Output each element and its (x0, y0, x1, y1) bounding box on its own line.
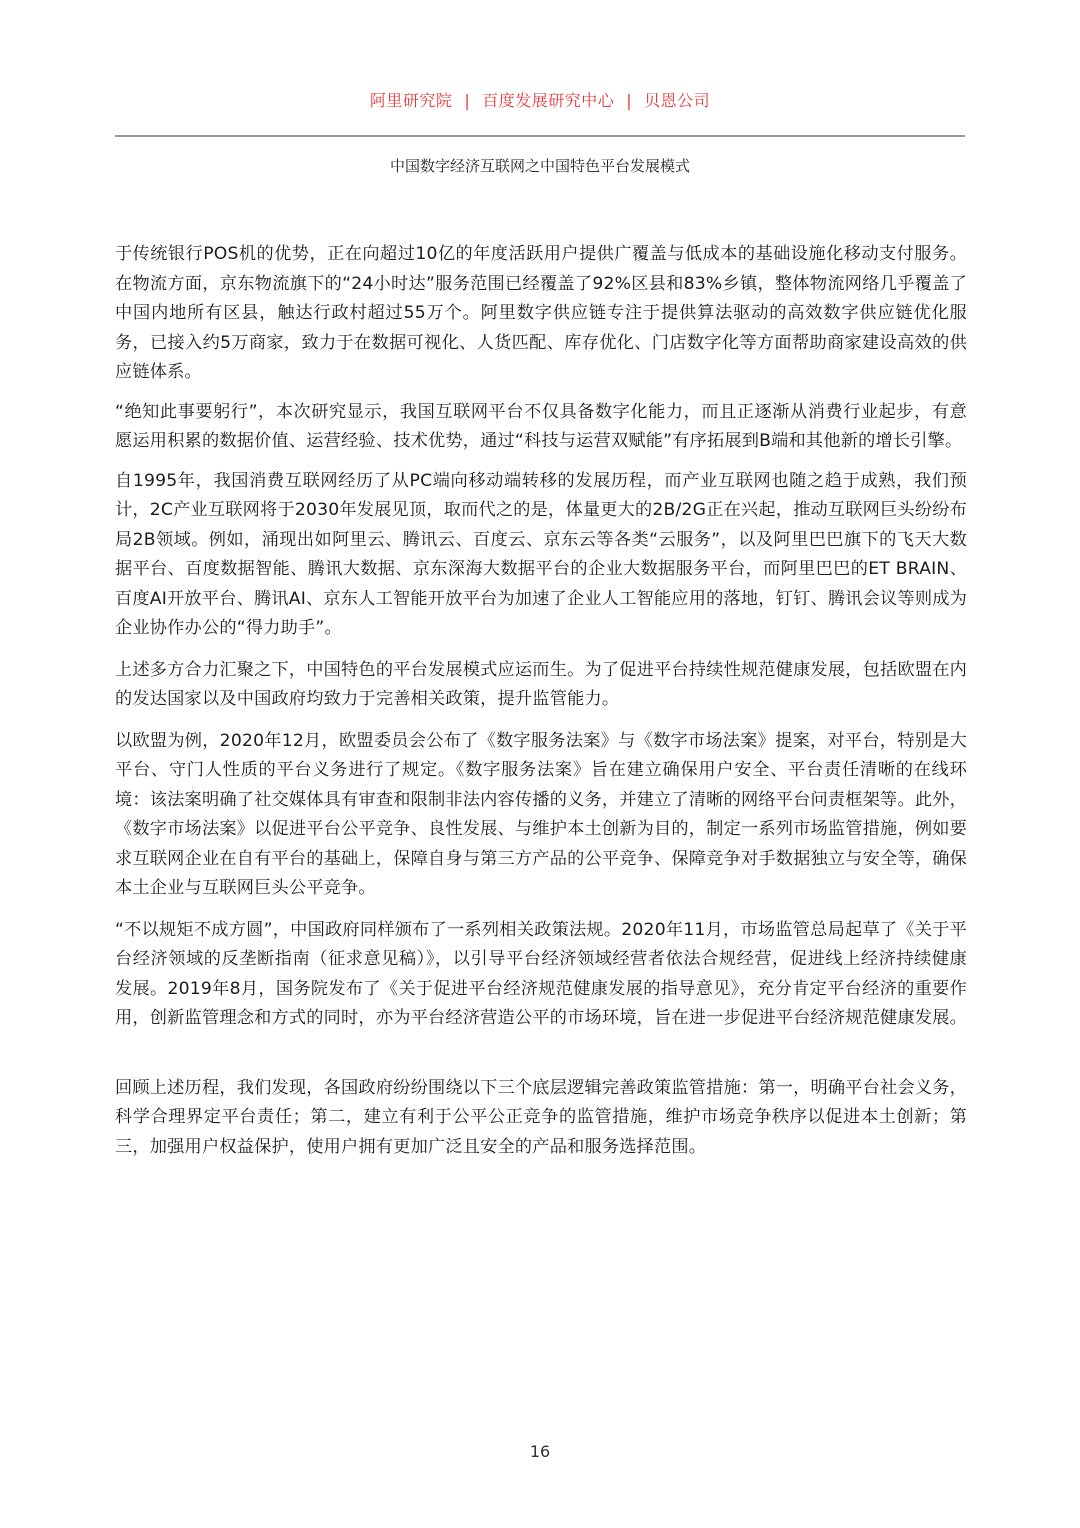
paragraph-platform-capability: “绝知此事要躬行”，本次研究显示，我国互联网平台不仅具备数字化能力，而且正逐渐从… (115, 398, 967, 457)
paragraph-eu-regulation: 以欧盟为例，2020年12月，欧盟委员会公布了《数字服务法案》与《数字市场法案》… (115, 727, 967, 904)
paragraph-china-regulation: “不以规矩不成方圆”，中国政府同样颁布了一系列相关政策法规。2020年11月，市… (115, 916, 967, 1034)
body-content: 于传统银行POS机的优势，正在向超过10亿的年度活跃用户提供广覆盖与低成本的基础… (115, 240, 967, 1162)
paragraph-platform-model: 上述多方合力汇聚之下，中国特色的平台发展模式应运而生。为了促进平台持续性规范健康… (115, 656, 967, 715)
page-number: 16 (0, 1442, 1080, 1461)
org-bain: 贝恩公司 (644, 91, 710, 110)
separator: | (626, 91, 632, 110)
paragraph-summary: 回顾上述历程，我们发现，各国政府纷纷围绕以下三个底层逻辑完善政策监管措施：第一，… (115, 1074, 967, 1163)
paragraph-industrial-internet: 自1995年，我国消费互联网经历了从PC端向移动端转移的发展历程，而产业互联网也… (115, 467, 967, 644)
org-ali-research: 阿里研究院 (370, 91, 453, 110)
header-organizations: 阿里研究院|百度发展研究中心|贝恩公司 (0, 88, 1080, 111)
report-subtitle: 中国数字经济互联网之中国特色平台发展模式 (0, 155, 1080, 176)
paragraph-payments-logistics: 于传统银行POS机的优势，正在向超过10亿的年度活跃用户提供广覆盖与低成本的基础… (115, 240, 967, 388)
separator: | (464, 91, 470, 110)
org-baidu-research: 百度发展研究中心 (482, 91, 614, 110)
header-divider (115, 135, 965, 137)
